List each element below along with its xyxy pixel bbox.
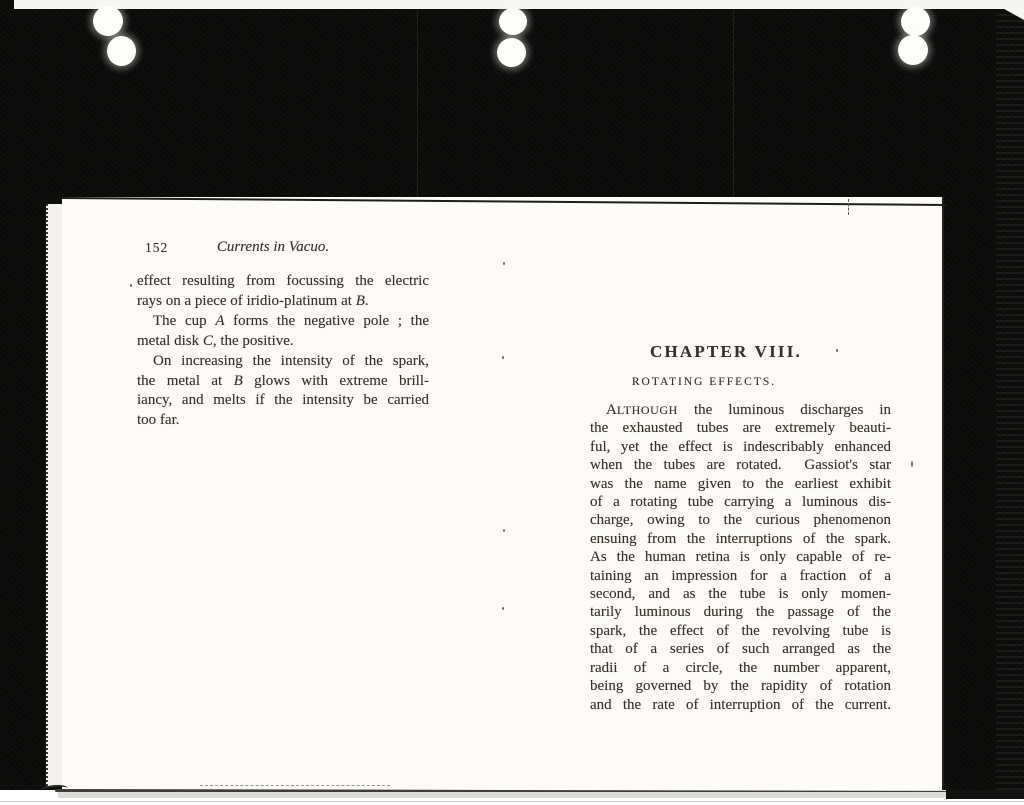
paragraph: The cup A forms the negative pole ; them… xyxy=(137,312,429,352)
binder-pin-icon xyxy=(107,36,136,66)
scan-speck xyxy=(911,461,913,467)
text-line: tarily luminous during the passage of th… xyxy=(590,603,891,621)
binder-pin-icon xyxy=(898,35,928,65)
binder-pin-icon xyxy=(901,7,930,36)
text-line: too far. xyxy=(137,411,429,431)
page-edge-dashes xyxy=(200,785,390,786)
text-line: was the name given to the earliest exhib… xyxy=(590,475,891,493)
scan-speck xyxy=(502,607,504,610)
scan-speck xyxy=(836,349,838,352)
scan-speck xyxy=(130,284,132,287)
scan-speck xyxy=(502,356,504,359)
left-page-body: effect resulting from focussing the elec… xyxy=(137,272,429,431)
text-line: The cup A forms the negative pole ; the xyxy=(137,312,429,332)
right-page-body: ALTHOUGH the luminous discharges inthe e… xyxy=(590,401,891,714)
paragraph: effect resulting from focussing the elec… xyxy=(137,272,429,312)
text-line: the metal at B glows with extreme brill- xyxy=(137,372,429,392)
text-line: rays on a piece of iridio-platinum at B. xyxy=(137,292,429,312)
text-line: spark, the effect of the revolving tube … xyxy=(590,622,891,640)
backdrop-seam-right xyxy=(733,10,734,197)
text-line: that of a series of such arranged as the xyxy=(590,640,891,658)
text-line: of a rotating tube carrying a luminous d… xyxy=(590,493,891,511)
text-line: second, and as the tube is only momen- xyxy=(590,585,891,603)
text-line: being governed by the rapidity of rotati… xyxy=(590,677,891,695)
crop-tick xyxy=(848,199,849,215)
paragraph: On increasing the intensity of the spark… xyxy=(137,352,429,432)
binder-pin-icon xyxy=(499,8,527,35)
chapter-heading: CHAPTER VIII. xyxy=(576,342,876,362)
text-line: On increasing the intensity of the spark… xyxy=(137,352,429,372)
backdrop-seam-left xyxy=(417,10,418,197)
scan-speck xyxy=(503,262,505,265)
scan-bottom-line xyxy=(0,801,1024,802)
text-line: effect resulting from focussing the elec… xyxy=(137,272,429,292)
text-line: iancy, and melts if the intensity be car… xyxy=(137,391,429,411)
backdrop-bottom-right xyxy=(946,790,1024,799)
page-bottom-shadow xyxy=(58,792,1008,798)
text-line: and the rate of interruption of the curr… xyxy=(590,696,891,714)
scan-top-strip xyxy=(14,0,1024,9)
backdrop-edge-speckle xyxy=(996,10,1024,790)
binder-pin-icon xyxy=(93,6,123,36)
section-heading: ROTATING EFFECTS. xyxy=(554,376,854,388)
text-line: ALTHOUGH the luminous discharges in xyxy=(590,401,891,419)
paragraph: ALTHOUGH the luminous discharges inthe e… xyxy=(590,401,891,714)
left-page-header: 152 Currents in Vacuo. xyxy=(137,239,429,257)
scanned-book-photo: 152 Currents in Vacuo. effect resulting … xyxy=(0,0,1024,805)
text-line: ensuing from the interruptions of the sp… xyxy=(590,530,891,548)
text-line: the exhausted tubes are extremely beauti… xyxy=(590,419,891,437)
scan-speck xyxy=(503,529,505,532)
text-line: when the tubes are rotated. Gassiot's st… xyxy=(590,456,891,474)
text-line: radii of a circle, the number apparent, xyxy=(590,659,891,677)
binder-pin-icon xyxy=(497,38,526,67)
text-line: As the human retina is only capable of r… xyxy=(590,548,891,566)
text-line: ful, yet the effect is indescribably enh… xyxy=(590,438,891,456)
text-line: metal disk C, the positive. xyxy=(137,332,429,352)
text-line: taining an impression for a fraction of … xyxy=(590,567,891,585)
text-line: charge, owing to the curious phenomenon xyxy=(590,511,891,529)
running-title: Currents in Vacuo. xyxy=(127,239,419,256)
